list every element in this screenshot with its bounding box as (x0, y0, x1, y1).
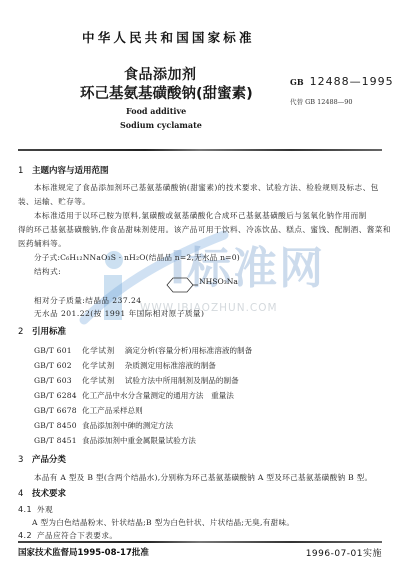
header-divider (18, 149, 382, 151)
standard-code: 12488—1995 (310, 75, 394, 88)
s3-para: 本品有 A 型及 B 型(含两个结晶水),分别称为环己基氨基磺酸钠 A 型及环己… (34, 472, 372, 483)
section-3-title: 产品分类 (32, 455, 66, 465)
section-1-heading: 1主题内容与适用范围 (18, 164, 109, 176)
reference-item: GB/T 8450食品添加剂中砷的测定方法 (34, 420, 173, 431)
effective-date: 1996-07-01实施 (306, 546, 382, 559)
section-3-heading: 3产品分类 (18, 453, 66, 465)
s1-para2-line2: 得的环己基氨基磺酸钠,作食品甜味剂使用。该产品可用于饮料、冷冻饮品、糕点、蜜饯、… (18, 224, 391, 235)
reference-item: GB/T 8451食品添加剂中重金属限量试验方法 (34, 435, 196, 446)
section-4-heading: 4技术要求 (18, 487, 66, 499)
reference-item: GB/T 6284化工产品中水分含量测定的通用方法 重量法 (34, 390, 234, 401)
english-title-1: Food additive (126, 106, 186, 116)
reference-item: GB/T 602化学试剂杂质测定用标准溶液的制备 (34, 360, 216, 371)
s1-para1-line1: 本标准规定了食品添加剂环己基氨基磺酸钠(甜蜜素)的技术要求、试验方法、检验规则及… (34, 182, 379, 193)
reference-item: GB/T 603化学试剂试验方法中所用制剂及制品的制备 (34, 375, 239, 386)
issuer-title: 中华人民共和国国家标准 (82, 28, 255, 46)
s1-para2-line3: 医药辅料等。 (18, 238, 66, 249)
section-2-heading: 2引用标准 (18, 325, 66, 337)
standard-prefix: GB (290, 77, 304, 87)
section-1-title: 主题内容与适用范围 (32, 166, 109, 176)
structural-formula-label: 结构式: (34, 266, 61, 277)
english-title-2: Sodium cyclamate (120, 120, 202, 130)
structural-group: NHSO₃Na (199, 277, 238, 286)
s1-para1-line2: 装、运输、贮存等。 (18, 196, 90, 207)
reference-item: GB/T 601化学试剂滴定分析(容量分析)用标准溶液的制备 (34, 345, 252, 356)
molecular-mass-line-2: 无水品 201.22(按 1991 年国际相对原子质量) (34, 308, 204, 319)
reference-item: GB/T 6678化工产品采样总则 (34, 405, 143, 416)
replaces-note: 代替 GB 12488—90 (290, 97, 353, 106)
s4-1-text: A 型为白色结晶粉末、针状结晶;B 型为白色针状、片状结晶;无臭,有甜味。 (32, 517, 294, 528)
s1-para2-line1: 本标准适用于以环己胺为原料,氯磺酸或氨基磺酸化合成环己基氨基磺酸后与氢氧化钠作用… (34, 210, 367, 221)
section-2-title: 引用标准 (32, 327, 66, 337)
subsection-4-1: 4.1外观 (18, 504, 53, 515)
approval-date: 国家技术监督局1995-08-17批准 (18, 546, 149, 558)
molecular-formula: 分子式:C₆H₁₂NNaO₃S · nH₂O(结晶品 n=2,无水品 n=0) (34, 252, 240, 263)
footer-divider (18, 541, 382, 543)
subsection-4-2: 4.2产品应符合下表要求。 (18, 530, 117, 541)
molecular-mass-line-1: 相对分子质量:结晶品 237.24 (34, 295, 142, 306)
section-4-title: 技术要求 (32, 489, 66, 499)
title-line-1: 食品添加剂 (124, 64, 197, 84)
standard-number: GB12488—1995 (290, 75, 394, 88)
title-line-2: 环己基氨基磺酸钠(甜蜜素) (80, 82, 253, 103)
